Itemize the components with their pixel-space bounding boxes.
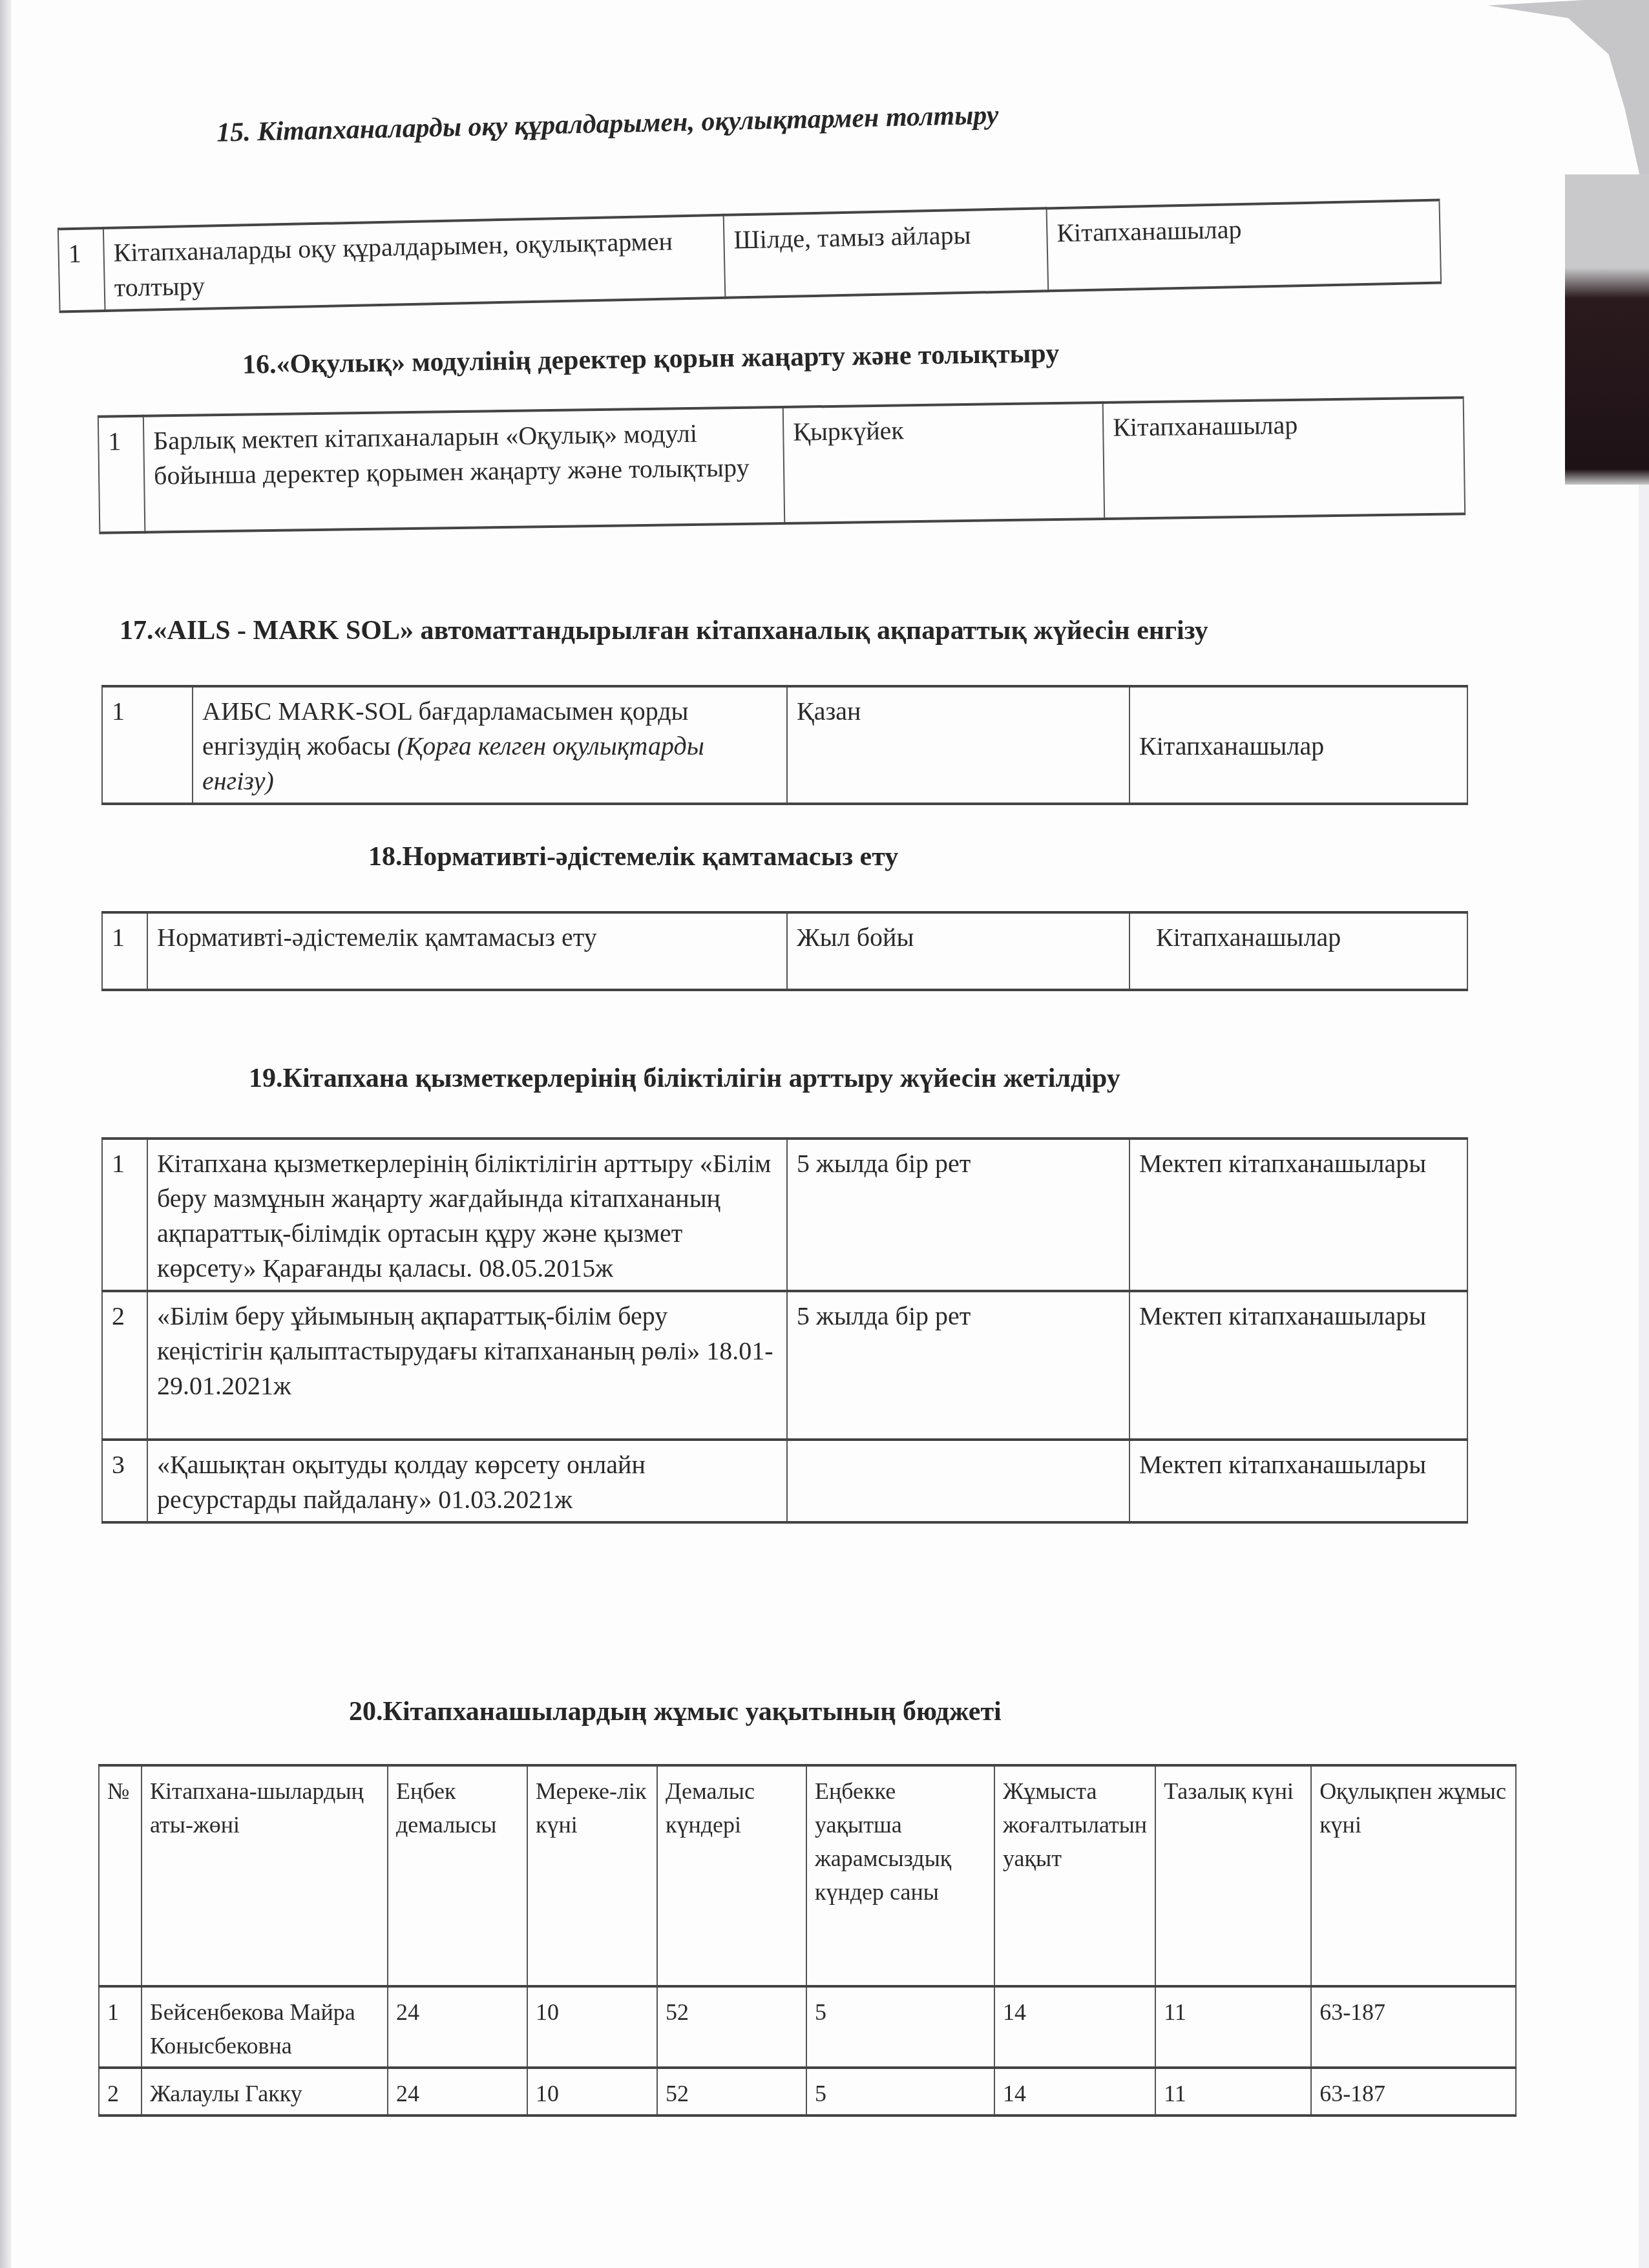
cell: 11 (1155, 2068, 1311, 2116)
cell: Бейсенбекова Майра Конысбековна (142, 1986, 388, 2068)
col-header-lost-time: Жұмыста жоғалтылатын уақыт (994, 1765, 1155, 1986)
table-row: 1 Бейсенбекова Майра Конысбековна 24 10 … (99, 1986, 1516, 2068)
term-cell: Қыркүйек (783, 403, 1104, 523)
col-header-cleaning-day: Тазалық күні (1155, 1765, 1311, 1986)
task-cell: Кітапханаларды оқу құралдарымен, оқулықт… (103, 215, 725, 311)
section-19-title: 19.Кітапхана қызметкерлерінің біліктіліг… (249, 1063, 1120, 1094)
table-header-row: № Кітапхана-шылардың аты-жөні Еңбек дема… (99, 1765, 1516, 1986)
col-header-vacation: Еңбек демалысы (388, 1765, 527, 1986)
responsible-cell: Кітапханашылар (1047, 200, 1442, 291)
responsible-cell: Мектеп кітапханашылары (1129, 1440, 1467, 1522)
term-cell: Шілде, тамыз айлары (724, 208, 1049, 297)
section-16-table: 1 Барлық мектеп кітапханаларын «Оқулық» … (98, 396, 1465, 534)
cell: 10 (527, 1986, 657, 2068)
cell: 11 (1155, 1986, 1311, 2068)
scan-left-edge (0, 0, 12, 2268)
section-15-table: 1 Кітапханаларды оқу құралдарымен, оқулы… (58, 199, 1442, 313)
task-cell: «Білім беру ұйымының ақпараттық-білім бе… (147, 1291, 787, 1440)
section-16-title: 16.«Оқулық» модулінің деректер қорын жаң… (242, 338, 1060, 381)
responsible-cell: Мектеп кітапханашылары (1129, 1291, 1467, 1440)
term-cell (787, 1440, 1129, 1522)
row-number: 3 (102, 1440, 147, 1522)
cell: 14 (994, 1986, 1155, 2068)
table-row: 1 АИБС MARK-SOL бағдарламасымен қорды ен… (102, 686, 1467, 804)
cell: 1 (99, 1986, 142, 2068)
responsible-cell: Мектеп кітапханашылары (1129, 1139, 1467, 1291)
table-row: 1 Кітапханаларды оқу құралдарымен, оқулы… (58, 200, 1441, 312)
responsible-cell: Кітапханашылар (1129, 686, 1467, 804)
responsible-cell: Кітапханашылар (1103, 397, 1465, 519)
row-number: 1 (98, 416, 145, 533)
scan-shadow (1565, 174, 1649, 485)
col-header-textbook-days: Оқулықпен жұмыс күні (1311, 1765, 1516, 1986)
section-20-title: 20.Кітапханашылардың жұмыс уақытының бюд… (349, 1696, 1002, 1727)
cell: 63-187 (1311, 1986, 1516, 2068)
term-cell: 5 жылда бір рет (787, 1291, 1129, 1440)
cell: 10 (527, 2068, 657, 2116)
cell: 24 (388, 2068, 527, 2116)
row-number: 1 (58, 228, 105, 311)
col-header-name: Кітапхана-шылардың аты-жөні (142, 1765, 388, 1986)
col-header-days-off: Демалыс күндері (657, 1765, 806, 1986)
section-17-table: 1 АИБС MARK-SOL бағдарламасымен қорды ен… (101, 685, 1468, 805)
section-18-table: 1 Нормативті-әдістемелік қамтамасыз ету … (101, 911, 1468, 991)
col-header-number: № (99, 1765, 142, 1986)
responsible-cell: Кітапханашылар (1129, 912, 1467, 990)
cell: 14 (994, 2068, 1155, 2116)
table-row: 1 Барлық мектеп кітапханаларын «Оқулық» … (98, 397, 1465, 532)
table-row: 3 «Қашықтан оқытуды қолдау көрсету онлай… (102, 1440, 1467, 1522)
table-row: 1 Кітапхана қызметкерлерінің біліктілігі… (102, 1139, 1467, 1291)
section-15-title: 15. Кітапханаларды оқу құралдарымен, оқу… (216, 100, 999, 148)
term-cell: Жыл бойы (787, 912, 1129, 990)
row-number: 2 (102, 1291, 147, 1440)
task-cell: Кітапхана қызметкерлерінің біліктілігін … (147, 1139, 787, 1291)
row-number: 1 (102, 912, 147, 990)
task-cell: Нормативті-әдістемелік қамтамасыз ету (147, 912, 787, 990)
cell: 2 (99, 2068, 142, 2116)
col-header-holidays: Мереке-лік күні (527, 1765, 657, 1986)
col-header-sick-days: Еңбекке уақытша жарамсыздық күндер саны (806, 1765, 994, 1986)
cell: Жалаулы Гакку (142, 2068, 388, 2116)
budget-table: № Кітапхана-шылардың аты-жөні Еңбек дема… (98, 1764, 1517, 2117)
cell: 5 (806, 2068, 994, 2116)
cell: 52 (657, 2068, 806, 2116)
task-cell: Барлық мектеп кітапханаларын «Оқулық» мо… (143, 407, 784, 532)
cell: 24 (388, 1986, 527, 2068)
cell: 52 (657, 1986, 806, 2068)
cell: 63-187 (1311, 2068, 1516, 2116)
section-17-title: 17.«AILS - MARK SOL» автоматтандырылған … (120, 615, 1208, 646)
row-number: 1 (102, 686, 193, 804)
section-19-table: 1 Кітапхана қызметкерлерінің біліктілігі… (101, 1137, 1468, 1524)
table-row: 2 Жалаулы Гакку 24 10 52 5 14 11 63-187 (99, 2068, 1516, 2116)
term-cell: 5 жылда бір рет (787, 1139, 1129, 1291)
cell: 5 (806, 1986, 994, 2068)
task-cell: «Қашықтан оқытуды қолдау көрсету онлайн … (147, 1440, 787, 1522)
row-number: 1 (102, 1139, 147, 1291)
task-cell: АИБС MARK-SOL бағдарламасымен қорды енгі… (193, 686, 787, 804)
table-row: 2 «Білім беру ұйымының ақпараттық-білім … (102, 1291, 1467, 1440)
section-18-title: 18.Нормативті-әдістемелік қамтамасыз ету (368, 841, 898, 872)
term-cell: Қазан (787, 686, 1129, 804)
table-row: 1 Нормативті-әдістемелік қамтамасыз ету … (102, 912, 1467, 990)
scan-shadow (1487, 0, 1649, 181)
